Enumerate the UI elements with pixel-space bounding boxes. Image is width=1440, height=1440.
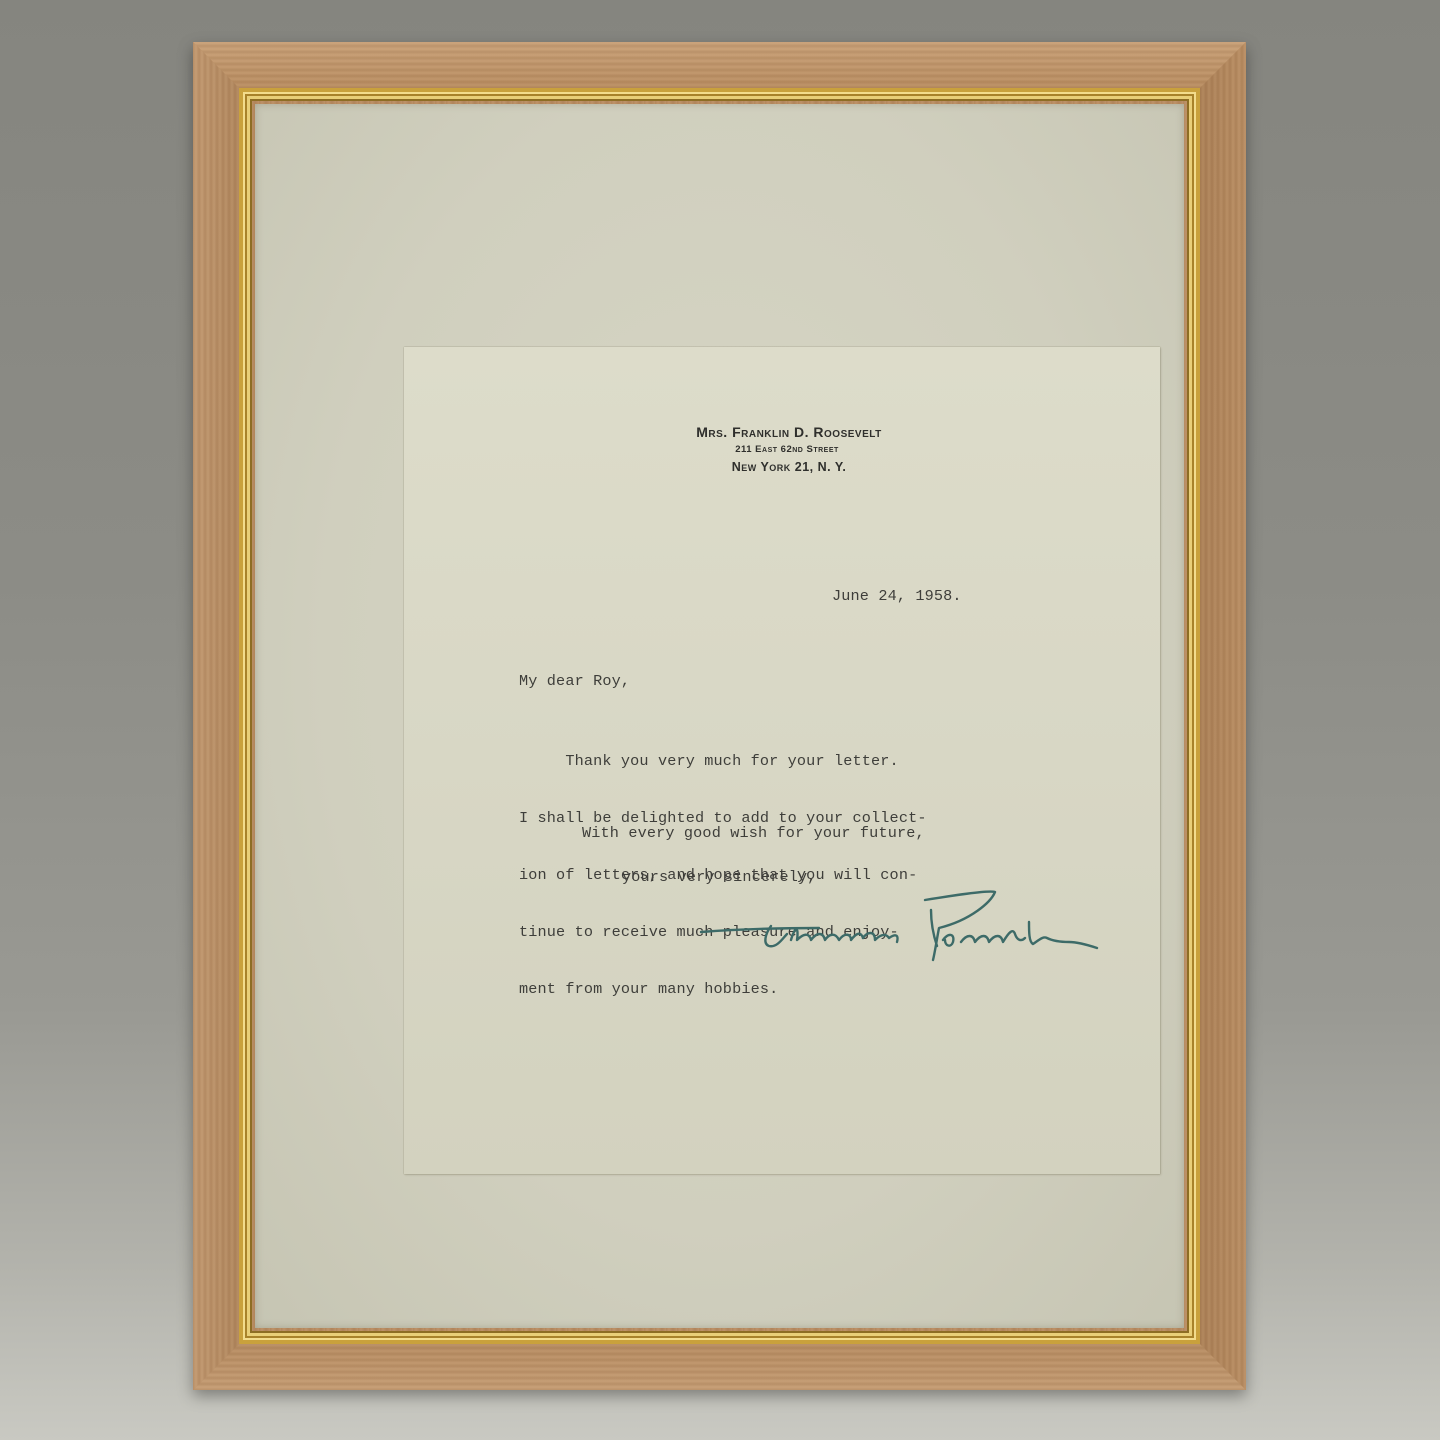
letter-date: June 24, 1958.	[832, 587, 962, 606]
body-line: ment from your many hobbies.	[519, 980, 927, 999]
frame-rail-right	[1194, 42, 1246, 1390]
frame-rail-top	[193, 42, 1246, 94]
letterhead-city: New York 21, N. Y.	[418, 458, 1160, 476]
picture-frame: Mrs. Franklin D. Roosevelt 211 East 62nd…	[193, 42, 1246, 1390]
letter-wish: With every good wish for your future,	[582, 824, 925, 843]
mat-board: Mrs. Franklin D. Roosevelt 211 East 62nd…	[255, 104, 1184, 1328]
body-line: Thank you very much for your letter.	[519, 752, 927, 771]
letterhead-name: Mrs. Franklin D. Roosevelt	[418, 422, 1160, 442]
signature	[699, 882, 1139, 962]
frame-rail-left	[193, 42, 245, 1390]
letterhead-street: 211 East 62nd Street	[414, 442, 1160, 458]
frame-rail-bottom	[193, 1338, 1246, 1390]
letter-salutation: My dear Roy,	[519, 672, 630, 691]
letterhead: Mrs. Franklin D. Roosevelt 211 East 62nd…	[404, 422, 1160, 476]
letter-paper: Mrs. Franklin D. Roosevelt 211 East 62nd…	[404, 347, 1160, 1174]
